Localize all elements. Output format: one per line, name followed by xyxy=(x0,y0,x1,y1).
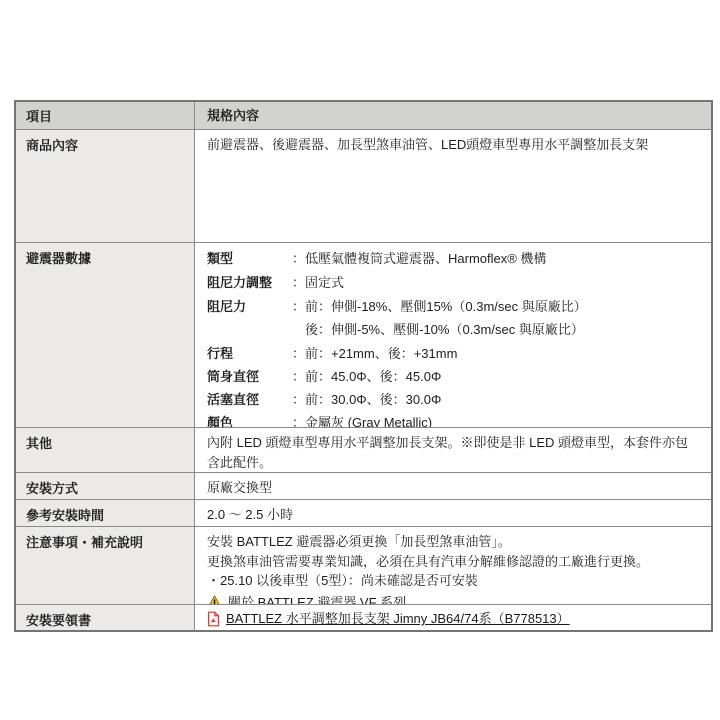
note-line: 更換煞車油管需要專業知識，必須在具有汽車分解維修認證的工廠進行更換。 xyxy=(207,552,699,572)
product-contents-value: 前避震器、後避震器、加長型煞車油管、LED頭燈車型專用水平調整加長支架 xyxy=(195,130,711,242)
spec-name: 筒身直徑 xyxy=(207,366,292,387)
install-method-value: 原廠交換型 xyxy=(195,473,711,499)
spec-value: ：低壓氣體複筒式避震器、Harmoflex® 機構 xyxy=(292,248,699,269)
spec-line-stroke: 行程 ：前：+21mm、後：+31mm xyxy=(207,343,699,364)
table-header-row: 項目 規格內容 xyxy=(16,102,711,129)
spec-name-spacer xyxy=(207,319,292,340)
spec-value: ：前：伸側-18%、壓側15%（0.3m/sec 與原廠比） xyxy=(292,296,699,317)
row-label: 安裝方式 xyxy=(16,473,195,499)
spec-line-cylinder-diameter: 筒身直徑 ：前：45.0Φ、後：45.0Φ xyxy=(207,366,699,387)
spec-name: 行程 xyxy=(207,343,292,364)
spec-value: ：前：+21mm、後：+31mm xyxy=(292,343,699,364)
vf-series-link-row: 關於 BATTLEZ 避震器 VF 系列 xyxy=(207,593,699,605)
spec-name: 活塞直徑 xyxy=(207,389,292,410)
spec-value: 後：伸側-5%、壓側-10%（0.3m/sec 與原廠比） xyxy=(292,319,699,340)
spec-line-damping-force-rear: 後：伸側-5%、壓側-10%（0.3m/sec 與原廠比） xyxy=(207,319,699,340)
spec-line-color: 顏色 ：金屬灰 (Gray Metallic) xyxy=(207,412,699,427)
row-label: 避震器數據 xyxy=(16,243,195,427)
vf-series-link-label: 關於 BATTLEZ 避震器 VF 系列 xyxy=(228,593,406,605)
note-line: ・25.10 以後車型（5型）：尚未確認是否可安裝 xyxy=(207,571,699,591)
spec-value: ：固定式 xyxy=(292,272,699,293)
manual-pdf-link[interactable]: BATTLEZ 水平調整加長支架 Jimny JB64/74系（B778513） xyxy=(207,610,570,628)
row-label: 安裝要領書 xyxy=(16,605,195,630)
table-row-other: 其他 內附 LED 頭燈車型專用水平調整加長支架。※即使是非 LED 頭燈車型，… xyxy=(16,427,711,472)
spec-line-piston-diameter: 活塞直徑 ：前：30.0Φ、後：30.0Φ xyxy=(207,389,699,410)
spec-name: 類型 xyxy=(207,248,292,269)
row-label: 商品內容 xyxy=(16,130,195,242)
table-row-product-contents: 商品內容 前避震器、後避震器、加長型煞車油管、LED頭燈車型專用水平調整加長支架 xyxy=(16,129,711,242)
warning-triangle-icon xyxy=(207,595,222,604)
spec-name: 顏色 xyxy=(207,412,292,427)
header-item-column: 項目 xyxy=(16,102,195,129)
product-spec-table: 項目 規格內容 商品內容 前避震器、後避震器、加長型煞車油管、LED頭燈車型專用… xyxy=(14,100,713,632)
notes-value: 安裝 BATTLEZ 避震器必須更換「加長型煞車油管」。 更換煞車油管需要專業知… xyxy=(195,527,711,604)
manual-value: BATTLEZ 水平調整加長支架 Jimny JB64/74系（B778513） xyxy=(195,605,711,630)
spec-line-damping-adjust: 阻尼力調整 ：固定式 xyxy=(207,272,699,293)
page-background: 項目 規格內容 商品內容 前避震器、後避震器、加長型煞車油管、LED頭燈車型專用… xyxy=(0,0,720,720)
table-row-install-time: 參考安裝時間 2.0 ～ 2.5 小時 xyxy=(16,499,711,526)
table-row-notes: 注意事項・補充說明 安裝 BATTLEZ 避震器必須更換「加長型煞車油管」。 更… xyxy=(16,526,711,604)
spec-line-type: 類型 ：低壓氣體複筒式避震器、Harmoflex® 機構 xyxy=(207,248,699,269)
spec-name: 阻尼力調整 xyxy=(207,272,292,293)
vf-series-link[interactable]: 關於 BATTLEZ 避震器 VF 系列 xyxy=(207,593,406,605)
other-value: 內附 LED 頭燈車型專用水平調整加長支架。※即使是非 LED 頭燈車型，本套件… xyxy=(195,428,711,472)
spec-value: ：前：30.0Φ、後：30.0Φ xyxy=(292,389,699,410)
manual-link-row: BATTLEZ 水平調整加長支架 Jimny JB64/74系（B778513） xyxy=(207,610,699,628)
table-row-install-method: 安裝方式 原廠交換型 xyxy=(16,472,711,499)
shock-data-spec-list: 類型 ：低壓氣體複筒式避震器、Harmoflex® 機構 阻尼力調整 ：固定式 … xyxy=(195,243,711,427)
row-label: 參考安裝時間 xyxy=(16,500,195,526)
spec-value: ：金屬灰 (Gray Metallic) xyxy=(292,412,699,427)
spec-name: 阻尼力 xyxy=(207,296,292,317)
row-label: 其他 xyxy=(16,428,195,472)
row-label: 注意事項・補充說明 xyxy=(16,527,195,604)
pdf-file-icon xyxy=(207,611,220,627)
header-spec-column: 規格內容 xyxy=(195,102,711,129)
manual-pdf-link-label: BATTLEZ 水平調整加長支架 Jimny JB64/74系（B778513） xyxy=(226,610,570,628)
table-row-shock-data: 避震器數據 類型 ：低壓氣體複筒式避震器、Harmoflex® 機構 阻尼力調整… xyxy=(16,242,711,427)
spec-line-damping-force: 阻尼力 ：前：伸側-18%、壓側15%（0.3m/sec 與原廠比） xyxy=(207,296,699,317)
table-row-manual: 安裝要領書 BATTLEZ 水平調整加長支架 Jimny JB64/74系（B7… xyxy=(16,604,711,630)
install-time-value: 2.0 ～ 2.5 小時 xyxy=(195,500,711,526)
note-line: 安裝 BATTLEZ 避震器必須更換「加長型煞車油管」。 xyxy=(207,532,699,552)
spec-value: ：前：45.0Φ、後：45.0Φ xyxy=(292,366,699,387)
